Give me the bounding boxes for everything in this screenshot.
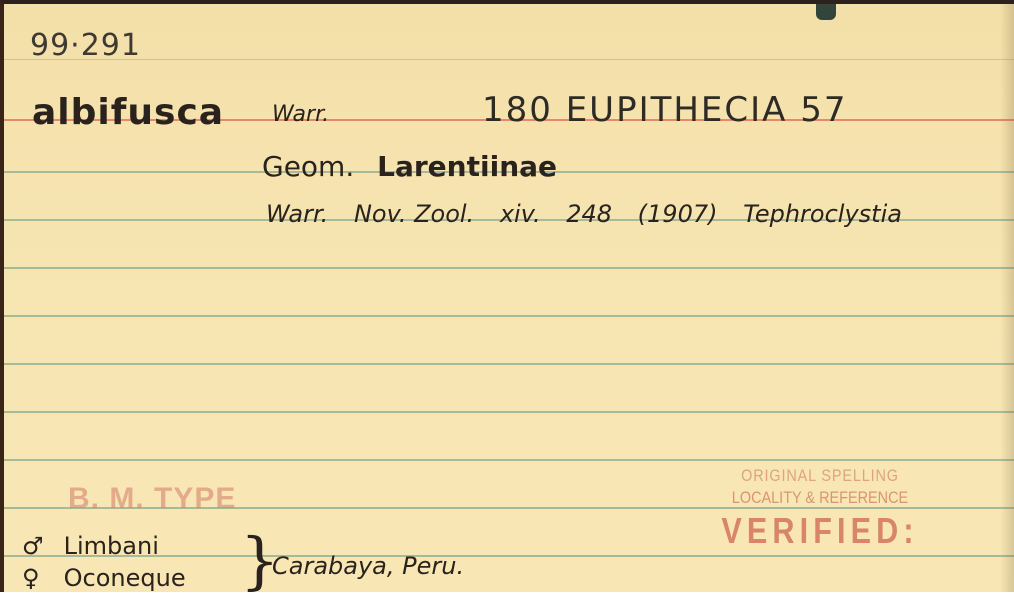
reference-author: Warr.: [266, 200, 328, 228]
verified-stamp-line1: ORIGINAL SPELLING: [721, 466, 918, 486]
male-symbol-icon: ♂: [22, 532, 56, 560]
verified-stamp-line3: VERIFIED:: [721, 510, 918, 552]
region-locality: Carabaya, Peru.: [272, 552, 464, 580]
subfamily-name: Larentiinae: [377, 150, 557, 183]
specimen-row: ♂ Limbani: [22, 532, 186, 564]
bibliographic-reference: Warr. Nov. Zool. xiv. 248 (1907) Tephroc…: [266, 200, 920, 228]
female-symbol-icon: ♀: [22, 564, 56, 592]
species-name: albifusca: [32, 92, 224, 133]
ruled-line: [4, 59, 1014, 60]
catalogue-number: 99·291: [30, 28, 141, 63]
bm-type-stamp: B. M. TYPE: [68, 482, 236, 516]
specimen-list: ♂ Limbani ♀ Oconeque: [22, 532, 186, 592]
verified-stamp: ORIGINAL SPELLING LOCALITY & REFERENCE V…: [704, 466, 936, 552]
reference-page: 248: [566, 200, 612, 228]
reference-year: (1907): [638, 200, 718, 228]
ruled-line: [4, 315, 1014, 317]
ruled-line: [4, 411, 1014, 413]
classification: Geom. Larentiinae: [262, 150, 557, 183]
ruled-line: [4, 267, 1014, 269]
verified-stamp-line2: LOCALITY & REFERENCE: [721, 488, 918, 508]
ruled-line: [4, 459, 1014, 461]
specimen-locality: Limbani: [64, 532, 159, 560]
index-heading: 180 EUPITHECIA 57: [482, 90, 848, 130]
reference-journal: Nov. Zool.: [354, 200, 474, 228]
species-author: Warr.: [272, 102, 329, 127]
index-card: 99·291 albifusca Warr. 180 EUPITHECIA 57…: [0, 0, 1014, 592]
card-clip-mark: [816, 0, 836, 20]
ruled-line: [4, 363, 1014, 365]
specimen-locality: Oconeque: [64, 564, 186, 592]
specimen-row: ♀ Oconeque: [22, 564, 186, 592]
family-name: Geom.: [262, 150, 354, 183]
original-genus: Tephroclystia: [743, 200, 902, 228]
reference-volume: xiv.: [500, 200, 541, 228]
